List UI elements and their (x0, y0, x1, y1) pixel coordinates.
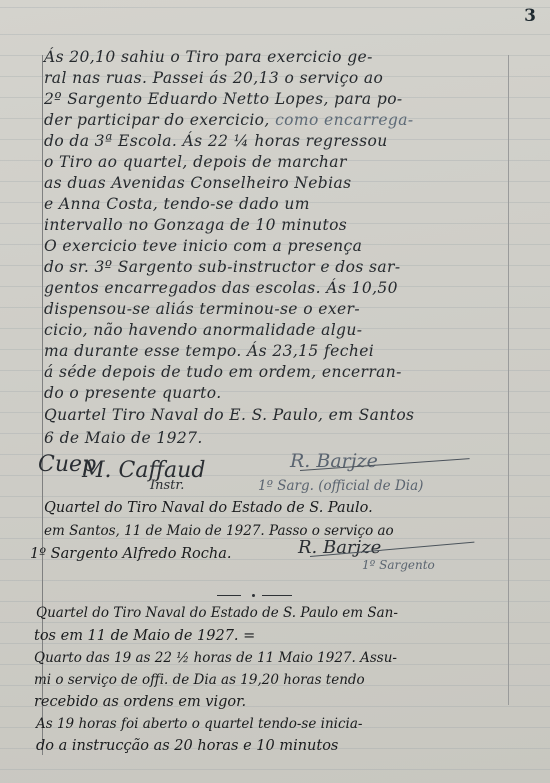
entry-1-line: ral nas ruas. Passei ás 20,13 o serviço … (44, 68, 509, 88)
entry-1-line: do da 3ª Escola. Ás 22 ¼ horas regressou (44, 131, 509, 151)
entry-1-line: der participar do exercicio, como encarr… (44, 110, 509, 130)
entry-1-line: Quartel Tiro Naval do E. S. Paulo, em Sa… (44, 405, 509, 425)
entry-1-line: o Tiro ao quartel, depois de marchar (44, 152, 509, 172)
entry-3-line: recebido as ordens em vigor. (34, 692, 499, 712)
signature-right: R. Barjze (290, 450, 378, 472)
entry-3-line: Quarto das 19 as 22 ½ horas de 11 Maio 1… (34, 648, 499, 668)
entry-1-line: intervallo no Gonzaga de 10 minutos (44, 215, 509, 235)
entry-1-line: cicio, não havendo anormalidade algu- (44, 320, 509, 340)
faded-text: como encarrega- (275, 111, 413, 129)
entry-3-line: As 19 horas foi aberto o quartel tendo-s… (36, 714, 501, 734)
entry-1-line: 6 de Maio de 1927. (44, 428, 509, 448)
entry-1-line: gentos encarregados das escolas. Ás 10,5… (44, 278, 509, 298)
entry-1-line: O exercicio teve inicio com a presença (44, 236, 509, 256)
entry-3-line: mi o serviço de offi. de Dia as 19,20 ho… (34, 670, 499, 690)
signature-caption: 1º Sarg. (official de Dia) (258, 478, 423, 494)
entry-1-line: do sr. 3º Sargento sub-instructor e dos … (44, 257, 509, 277)
entry-3-line: Quartel do Tiro Naval do Estado de S. Pa… (36, 603, 501, 623)
entry-1-line: á séde depois de tudo em ordem, encerran… (44, 362, 509, 382)
entry-2-line: Quartel do Tiro Naval do Estado de S. Pa… (44, 498, 509, 518)
entry-1-line: dispensou-se aliás terminou-se o exer- (44, 299, 509, 319)
entry-1-line: do o presente quarto. (44, 383, 509, 403)
entry-2-line: em Santos, 11 de Maio de 1927. Passo o s… (44, 521, 509, 541)
section-divider-left (217, 595, 241, 596)
document-page: 3 Ás 20,10 sahiu o Tiro para exercicio g… (0, 0, 550, 783)
entry-1-line: ma durante esse tempo. Ás 23,15 fechei (44, 341, 509, 361)
entry-2-signature: R. Barjze (298, 537, 381, 558)
page-number: 3 (524, 6, 536, 26)
entry-3-line: tos em 11 de Maio de 1927. = (34, 626, 499, 646)
entry-1-line-text: der participar do exercicio, (44, 111, 270, 129)
entry-3-line: do a instrucção as 20 horas e 10 minutos (36, 736, 501, 756)
entry-1-line: e Anna Costa, tendo-se dado um (44, 194, 509, 214)
entry-2-signature-caption: 1º Sargento (362, 558, 435, 572)
entry-1-line: Ás 20,10 sahiu o Tiro para exercicio ge- (44, 47, 509, 67)
section-divider-dot (252, 594, 255, 597)
entry-1-line: 2º Sargento Eduardo Netto Lopes, para po… (44, 89, 509, 109)
signature-left-3: Instr. (150, 478, 184, 493)
section-divider-right (262, 595, 292, 596)
signature-left-2: M. Caffaud (82, 458, 205, 483)
entry-1-line: as duas Avenidas Conselheiro Nebias (44, 173, 509, 193)
